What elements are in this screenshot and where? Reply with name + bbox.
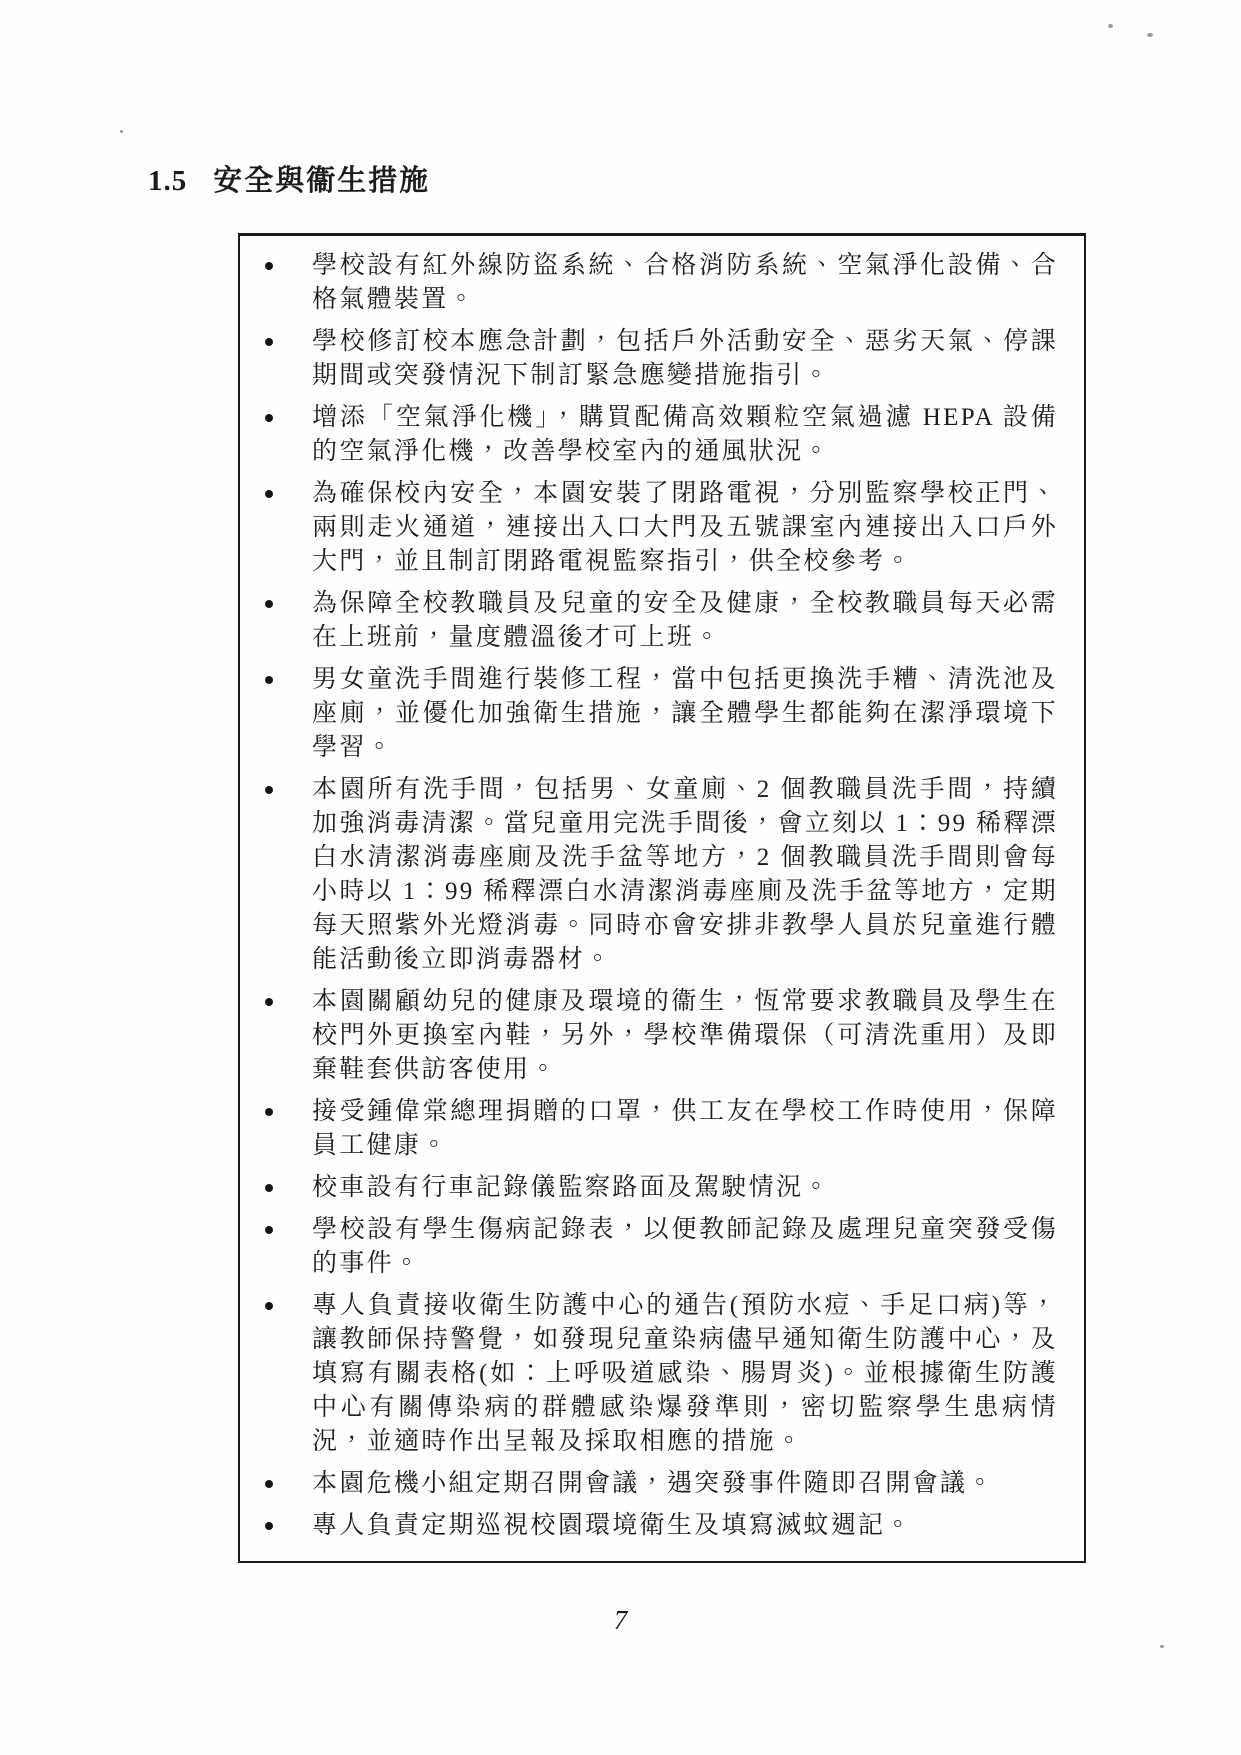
bullet-icon (265, 338, 273, 346)
list-item: 本園危機小組定期召開會議，遇突發事件隨即召開會議。 (240, 1467, 1058, 1501)
bullet-text: 為保障全校教職員及兒童的安全及健康，全校教職員每天必需在上班前，量度體溫後才可上… (312, 590, 1058, 651)
list-item: 增添「空氣淨化機」，購買配備高效顆粒空氣過濾 HEPA 設備的空氣淨化機，改善學… (240, 401, 1058, 469)
bullet-text: 本園所有洗手間，包括男、女童廁、2 個教職員洗手間，持續加強消毒清潔。當兒童用完… (312, 776, 1058, 973)
list-item: 本園關顧幼兒的健康及環境的衞生，恆常要求教職員及學生在校門外更換室內鞋，另外，學… (240, 985, 1058, 1087)
list-item: 學校修訂校本應急計劃，包括戶外活動安全、惡劣天氣、停課期間或突發情況下制訂緊急應… (240, 325, 1058, 393)
bullet-icon (265, 1480, 273, 1488)
bullet-text: 本園關顧幼兒的健康及環境的衞生，恆常要求教職員及學生在校門外更換室內鞋，另外，學… (312, 988, 1058, 1083)
bullet-icon (265, 1302, 273, 1310)
list-item: 為保障全校教職員及兒童的安全及健康，全校教職員每天必需在上班前，量度體溫後才可上… (240, 587, 1058, 655)
bullet-icon (265, 600, 273, 608)
bullet-text: 校車設有行車記錄儀監察路面及駕駛情況。 (312, 1174, 831, 1201)
bullet-text: 增添「空氣淨化機」，購買配備高效顆粒空氣過濾 HEPA 設備的空氣淨化機，改善學… (312, 404, 1058, 465)
scan-speck (1160, 1645, 1164, 1648)
bullet-icon (265, 786, 273, 794)
scan-speck (1147, 33, 1153, 37)
list-item: 為確保校內安全，本園安裝了閉路電視，分別監察學校正門、兩則走火通道，連接出入口大… (240, 477, 1058, 579)
document-page: 1.5安全與衞生措施 學校設有紅外線防盜系統、合格消防系統、空氣淨化設備、合格氣… (0, 0, 1241, 1755)
bullet-icon (265, 1522, 273, 1530)
bullet-text: 專人負責接收衛生防護中心的通告(預防水痘、手足口病)等，讓教師保持警覺，如發現兒… (312, 1292, 1058, 1455)
list-item: 校車設有行車記錄儀監察路面及駕駛情況。 (240, 1171, 1058, 1205)
bullet-text: 學校設有紅外線防盜系統、合格消防系統、空氣淨化設備、合格氣體裝置。 (312, 252, 1058, 313)
bullet-icon (265, 262, 273, 270)
bullet-icon (265, 414, 273, 422)
bullet-text: 接受鍾偉棠總理捐贈的口罩，供工友在學校工作時使用，保障員工健康。 (312, 1098, 1058, 1159)
scan-speck (120, 130, 123, 133)
list-item: 專人負責定期巡視校園環境衛生及填寫滅蚊週記。 (240, 1509, 1058, 1543)
scan-speck (1108, 24, 1113, 28)
section-number: 1.5 (148, 165, 187, 197)
content-box: 學校設有紅外線防盜系統、合格消防系統、空氣淨化設備、合格氣體裝置。 學校修訂校本… (238, 233, 1086, 1563)
list-item: 學校設有學生傷病記錄表，以便教師記錄及處理兒童突發受傷的事件。 (240, 1213, 1058, 1281)
bullet-text: 專人負責定期巡視校園環境衛生及填寫滅蚊週記。 (312, 1512, 913, 1539)
bullet-text: 學校修訂校本應急計劃，包括戶外活動安全、惡劣天氣、停課期間或突發情況下制訂緊急應… (312, 328, 1058, 389)
section-heading: 1.5安全與衞生措施 (148, 158, 430, 199)
bullet-icon (265, 1108, 273, 1116)
list-item: 學校設有紅外線防盜系統、合格消防系統、空氣淨化設備、合格氣體裝置。 (240, 249, 1058, 317)
bullet-list: 學校設有紅外線防盜系統、合格消防系統、空氣淨化設備、合格氣體裝置。 學校修訂校本… (240, 236, 1084, 1555)
bullet-text: 為確保校內安全，本園安裝了閉路電視，分別監察學校正門、兩則走火通道，連接出入口大… (312, 480, 1058, 575)
bullet-icon (265, 1184, 273, 1192)
page-number: 7 (0, 1605, 1241, 1636)
bullet-icon (265, 998, 273, 1006)
list-item: 本園所有洗手間，包括男、女童廁、2 個教職員洗手間，持續加強消毒清潔。當兒童用完… (240, 773, 1058, 977)
bullet-icon (265, 676, 273, 684)
bullet-text: 本園危機小組定期召開會議，遇突發事件隨即召開會議。 (312, 1470, 995, 1497)
list-item: 專人負責接收衛生防護中心的通告(預防水痘、手足口病)等，讓教師保持警覺，如發現兒… (240, 1289, 1058, 1459)
section-title: 安全與衞生措施 (213, 165, 430, 197)
list-item: 男女童洗手間進行裝修工程，當中包括更換洗手糟、清洗池及座廁，並優化加強衛生措施，… (240, 663, 1058, 765)
list-item: 接受鍾偉棠總理捐贈的口罩，供工友在學校工作時使用，保障員工健康。 (240, 1095, 1058, 1163)
bullet-icon (265, 490, 273, 498)
bullet-text: 男女童洗手間進行裝修工程，當中包括更換洗手糟、清洗池及座廁，並優化加強衛生措施，… (312, 666, 1058, 761)
bullet-icon (265, 1226, 273, 1234)
bullet-text: 學校設有學生傷病記錄表，以便教師記錄及處理兒童突發受傷的事件。 (312, 1216, 1058, 1277)
